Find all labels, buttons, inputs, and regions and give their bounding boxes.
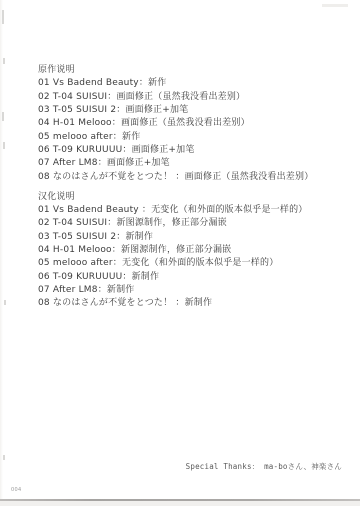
credit-line: 05 melooo after：新作 (38, 131, 350, 144)
credit-line: 01 Vs Badend Beauty：新作 (38, 77, 350, 90)
credit-line: 06 T-09 KURUUUU：画面修正+加笔 (38, 144, 350, 157)
scanned-page: 原作说明 01 Vs Badend Beauty：新作 02 T-04 SUIS… (0, 0, 360, 506)
scan-edge-bottom-band (0, 501, 360, 506)
credits-text-block: 原作说明 01 Vs Badend Beauty：新作 02 T-04 SUIS… (38, 64, 350, 311)
section-original-notes: 原作说明 01 Vs Badend Beauty：新作 02 T-04 SUIS… (38, 64, 350, 184)
section-translation-notes: 汉化说明 01 Vs Badend Beauty ：无变化（和外面的版本似乎是一… (38, 191, 350, 311)
credit-line: 06 T-09 KURUUUU：新制作 (38, 271, 350, 284)
credit-line: 08 なのはさんが不覚をとつた！ ：新制作 (38, 297, 350, 310)
credit-line: 01 Vs Badend Beauty ：无变化（和外面的版本似乎是一样的） (38, 204, 350, 217)
scan-speck (2, 112, 4, 121)
scan-speck (2, 10, 4, 24)
section-heading-translation: 汉化说明 (38, 191, 350, 204)
credit-line: 02 T-04 SUISUI：新图源制作，修正部分漏嵌 (38, 217, 350, 230)
scan-edge-left (0, 0, 3, 499)
section-heading-original: 原作说明 (38, 64, 350, 77)
credit-line: 08 なのはさんが不覚をとつた！ ：画面修正（虽然我没看出差别） (38, 171, 350, 184)
page-number: 004 (11, 487, 21, 493)
credit-line: 05 melooo after：无变化（和外面的版本似乎是一样的） (38, 257, 350, 270)
credit-line: 07 After LM8：画面修正+加笔 (38, 157, 350, 170)
scan-speck (3, 58, 5, 64)
credit-line: 03 T-05 SUISUI 2：新制作 (38, 231, 350, 244)
scan-speck (3, 142, 5, 149)
scan-speck (3, 455, 5, 460)
credit-line: 03 T-05 SUISUI 2：画面修正+加笔 (38, 104, 350, 117)
credit-line: 04 H-01 Melooo：新图源制作，修正部分漏嵌 (38, 244, 350, 257)
special-thanks-line: Special Thanks： ma-boさん、神楽さん (0, 461, 342, 472)
scan-speck (4, 300, 6, 305)
credit-line: 07 After LM8：新制作 (38, 284, 350, 297)
scan-artifact-top-right (322, 4, 348, 7)
credit-line: 04 H-01 Melooo：画面修正（虽然我没看出差别） (38, 117, 350, 130)
credit-line: 02 T-04 SUISUI：画面修正（虽然我没看出差别） (38, 91, 350, 104)
